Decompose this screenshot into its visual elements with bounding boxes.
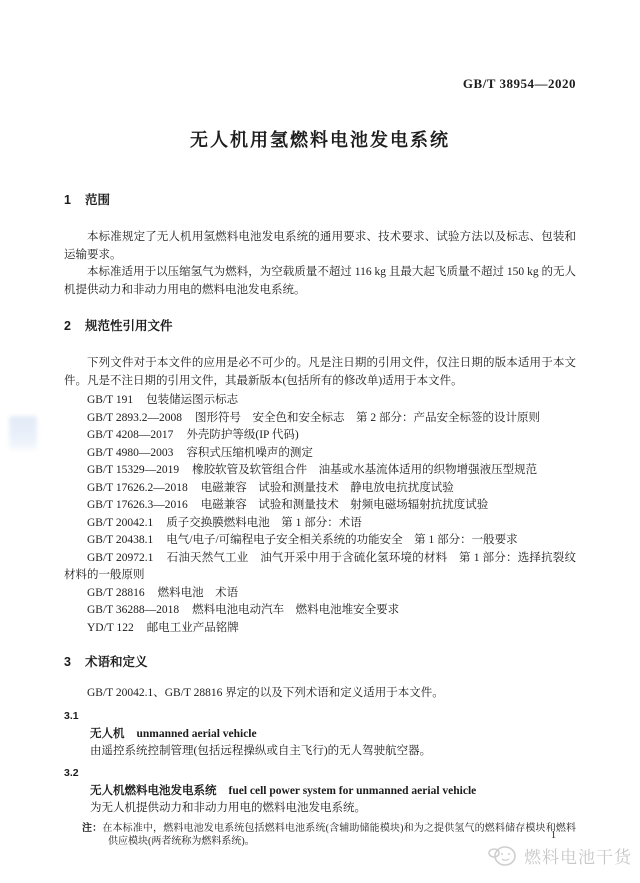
reference-title: 燃料电池 术语 — [158, 587, 239, 599]
reference-code: GB/T 20438.1 — [87, 534, 153, 546]
reference-title: 包装储运图示标志 — [146, 394, 238, 406]
reference-item: GB/T 4208—2017外壳防护等级(IP 代码) — [64, 427, 576, 445]
reference-title: 电磁兼容 试验和测量技术 静电放电抗扰度试验 — [201, 482, 454, 494]
term-3-2-number: 3.2 — [64, 767, 576, 779]
normative-references-list: GB/T 191包装储运图示标志 GB/T 2893.2—2008图形符号 安全… — [64, 392, 576, 637]
reference-item: GB/T 17626.2—2018电磁兼容 试验和测量技术 静电放电抗扰度试验 — [64, 480, 576, 498]
reference-title: 质子交换膜燃料电池 第 1 部分：术语 — [166, 517, 362, 529]
section-3-title: 术语和定义 — [85, 655, 148, 669]
document-title: 无人机用氢燃料电池发电系统 — [64, 126, 576, 152]
reference-item: GB/T 28816燃料电池 术语 — [64, 585, 576, 603]
reference-item: GB/T 20042.1质子交换膜燃料电池 第 1 部分：术语 — [64, 515, 576, 533]
reference-code: GB/T 15329—2019 — [87, 464, 179, 476]
reference-item: YD/T 122邮电工业产品铭牌 — [64, 620, 576, 638]
term-3-1-zh: 无人机 — [90, 728, 125, 740]
watermark: 燃料电池干货 — [487, 842, 632, 868]
section-3-heading: 3术语和定义 — [64, 652, 576, 670]
section-1-title: 范围 — [85, 193, 110, 207]
reference-item: GB/T 20438.1电气/电子/可编程电子安全相关系统的功能安全 第 1 部… — [64, 532, 576, 550]
watermark-text: 燃料电池干货 — [524, 843, 632, 868]
term-3-2-en: fuel cell power system for unmanned aeri… — [229, 785, 477, 797]
term-3-2-line: 无人机燃料电池发电系统fuel cell power system for un… — [64, 782, 576, 798]
reference-title: 图形符号 安全色和安全标志 第 2 部分：产品安全标签的设计原则 — [195, 412, 540, 424]
reference-title: 电磁兼容 试验和测量技术 射频电磁场辐射抗扰度试验 — [201, 499, 489, 511]
reference-item: GB/T 191包装储运图示标志 — [64, 392, 576, 410]
term-3-1-en: unmanned aerial vehicle — [137, 728, 257, 740]
reference-item: GB/T 36288—2018燃料电池电动汽车 燃料电池堆安全要求 — [64, 602, 576, 620]
reference-item: GB/T 17626.3—2016电磁兼容 试验和测量技术 射频电磁场辐射抗扰度… — [64, 497, 576, 515]
reference-code: GB/T 191 — [87, 394, 133, 406]
term-3-1-definition: 由遥控系统控制管理(包括远程操纵或自主飞行)的无人驾驶航空器。 — [64, 743, 576, 761]
reference-title: 外壳防护等级(IP 代码) — [186, 429, 298, 441]
reference-item: GB/T 15329—2019橡胶软管及软管组合件 油基或水基流体适用的织物增强… — [64, 462, 576, 480]
reference-code: GB/T 20972.1 — [87, 552, 153, 564]
reference-code: GB/T 4208—2017 — [87, 429, 173, 441]
page-number: 1 — [551, 830, 556, 841]
reference-code: GB/T 28816 — [87, 587, 145, 599]
reference-item: GB/T 20972.1石油天然气工业 油气开采中用于含硫化氢环境的材料 第 1… — [64, 550, 576, 585]
watermark-mascot-icon — [487, 842, 519, 868]
reference-title: 邮电工业产品铭牌 — [147, 622, 239, 634]
section-3-number: 3 — [64, 655, 71, 669]
section-1-heading: 1范围 — [64, 190, 576, 208]
term-3-1-line: 无人机unmanned aerial vehicle — [64, 725, 576, 741]
term-3-2-definition: 为无人机提供动力和非动力用电的燃料电池发电系统。 — [64, 800, 576, 818]
reference-title: 橡胶软管及软管组合件 油基或水基流体适用的织物增强液压型规范 — [192, 464, 537, 476]
reference-title: 容积式压缩机噪声的测定 — [186, 447, 313, 459]
term-3-1-number: 3.1 — [64, 710, 576, 722]
scope-paragraph-1: 本标准规定了无人机用氢燃料电池发电系统的通用要求、技术要求、试验方法以及标志、包… — [64, 229, 576, 264]
reference-code: GB/T 36288—2018 — [87, 604, 179, 616]
terms-intro: GB/T 20042.1、GB/T 28816 界定的以及下列术语和定义适用于本… — [64, 685, 576, 703]
reference-code: GB/T 4980—2003 — [87, 447, 173, 459]
reference-code: YD/T 122 — [87, 622, 134, 634]
scope-paragraph-2: 本标准适用于以压缩氢气为燃料，为空载质量不超过 116 kg 且最大起飞质量不超… — [64, 264, 576, 299]
reference-item: GB/T 4980—2003容积式压缩机噪声的测定 — [64, 445, 576, 463]
note-label: 注： — [82, 823, 102, 834]
reference-code: GB/T 17626.3—2016 — [87, 499, 188, 511]
reference-item: GB/T 2893.2—2008图形符号 安全色和安全标志 第 2 部分：产品安… — [64, 410, 576, 428]
section-2-number: 2 — [64, 319, 71, 333]
section-2-title: 规范性引用文件 — [85, 319, 173, 333]
section-1-number: 1 — [64, 193, 71, 207]
reference-title: 燃料电池电动汽车 燃料电池堆安全要求 — [192, 604, 399, 616]
page-content: GB/T 38954—2020 无人机用氢燃料电池发电系统 1范围 本标准规定了… — [0, 0, 640, 849]
standard-code: GB/T 38954—2020 — [64, 0, 576, 92]
reference-code: GB/T 2893.2—2008 — [87, 412, 182, 424]
term-3-2-zh: 无人机燃料电池发电系统 — [90, 785, 217, 797]
reference-code: GB/T 20042.1 — [87, 517, 153, 529]
section-2-heading: 2规范性引用文件 — [64, 316, 576, 334]
scan-artifact — [9, 416, 37, 450]
references-intro: 下列文件对于本文件的应用是必不可少的。凡是注日期的引用文件，仅注日期的版本适用于… — [64, 355, 576, 390]
reference-code: GB/T 17626.2—2018 — [87, 482, 188, 494]
reference-title: 电气/电子/可编程电子安全相关系统的功能安全 第 1 部分：一般要求 — [166, 534, 517, 546]
document-page: GB/T 38954—2020 无人机用氢燃料电池发电系统 1范围 本标准规定了… — [0, 0, 640, 883]
